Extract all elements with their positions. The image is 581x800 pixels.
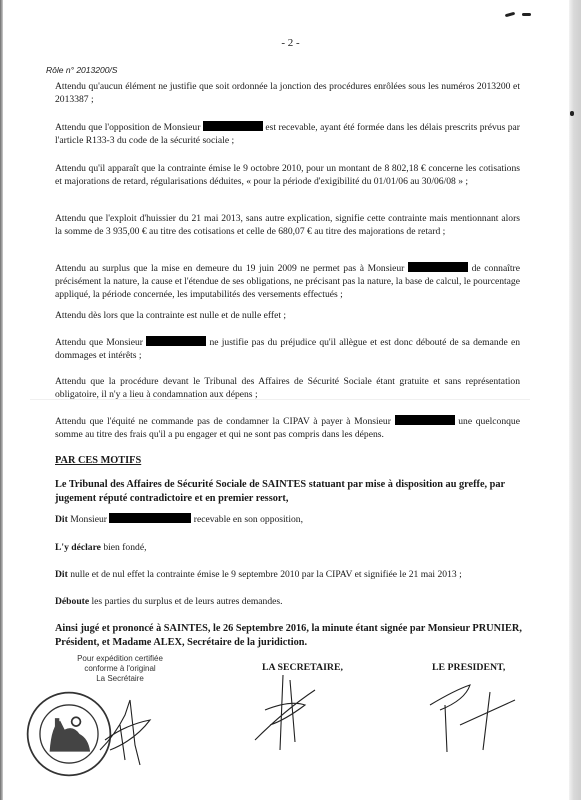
page-number: - 2 - xyxy=(0,37,581,49)
section-title: PAR CES MOTIFS xyxy=(55,455,141,466)
considerant-paragraph: Attendu que l'exploit d'huissier du 21 m… xyxy=(55,212,520,238)
closing-statement: Ainsi jugé et prononcé à SAINTES, le 26 … xyxy=(55,622,530,650)
scan-artifact xyxy=(30,399,530,400)
considerant-paragraph: Attendu dès lors que la contrainte est n… xyxy=(55,309,520,322)
decision-line: Dit Monsieur recevable en son opposition… xyxy=(55,513,303,526)
scan-edge-left xyxy=(0,0,3,800)
redacted-name xyxy=(146,336,206,346)
considerant-paragraph: Attendu que la procédure devant le Tribu… xyxy=(55,375,520,401)
scan-edge-right xyxy=(569,0,581,800)
redacted-name xyxy=(203,121,263,131)
certified-copy-note: Pour expédition certifiée conforme à l'o… xyxy=(55,654,185,684)
considerant-paragraph: Attendu qu'il apparaît que la contrainte… xyxy=(55,162,520,188)
considerant-paragraph: Attendu que Monsieur ne justifie pas du … xyxy=(55,336,520,362)
scan-mark xyxy=(505,12,515,17)
decision-line: Déboute les parties du surplus et de leu… xyxy=(55,595,283,608)
redacted-name xyxy=(109,513,191,523)
decision-line: Dit nulle et de nul effet la contrainte … xyxy=(55,568,462,581)
considerant-paragraph: Attendu que l'équité ne commande pas de … xyxy=(55,415,520,441)
clerk-signature-icon xyxy=(245,670,325,755)
redacted-name xyxy=(395,415,455,425)
scan-mark xyxy=(522,13,531,16)
decision-line: L'y déclare bien fondé, xyxy=(55,541,146,554)
redacted-name xyxy=(408,262,468,272)
tribunal-statement: Le Tribunal des Affaires de Sécurité Soc… xyxy=(55,478,530,506)
president-signature-icon xyxy=(425,680,520,755)
secretary-signature-icon xyxy=(95,695,155,770)
president-label: LE PRESIDENT, xyxy=(432,662,505,673)
considerant-paragraph: Attendu que l'opposition de Monsieur est… xyxy=(55,121,520,147)
considerant-paragraph: Attendu au surplus que la mise en demeur… xyxy=(55,262,520,301)
considerant-paragraph: Attendu qu'aucun élément ne justifie que… xyxy=(55,80,520,106)
role-number: Rôle n° 2013200/S xyxy=(46,65,117,75)
punch-hole-mark xyxy=(570,111,574,116)
